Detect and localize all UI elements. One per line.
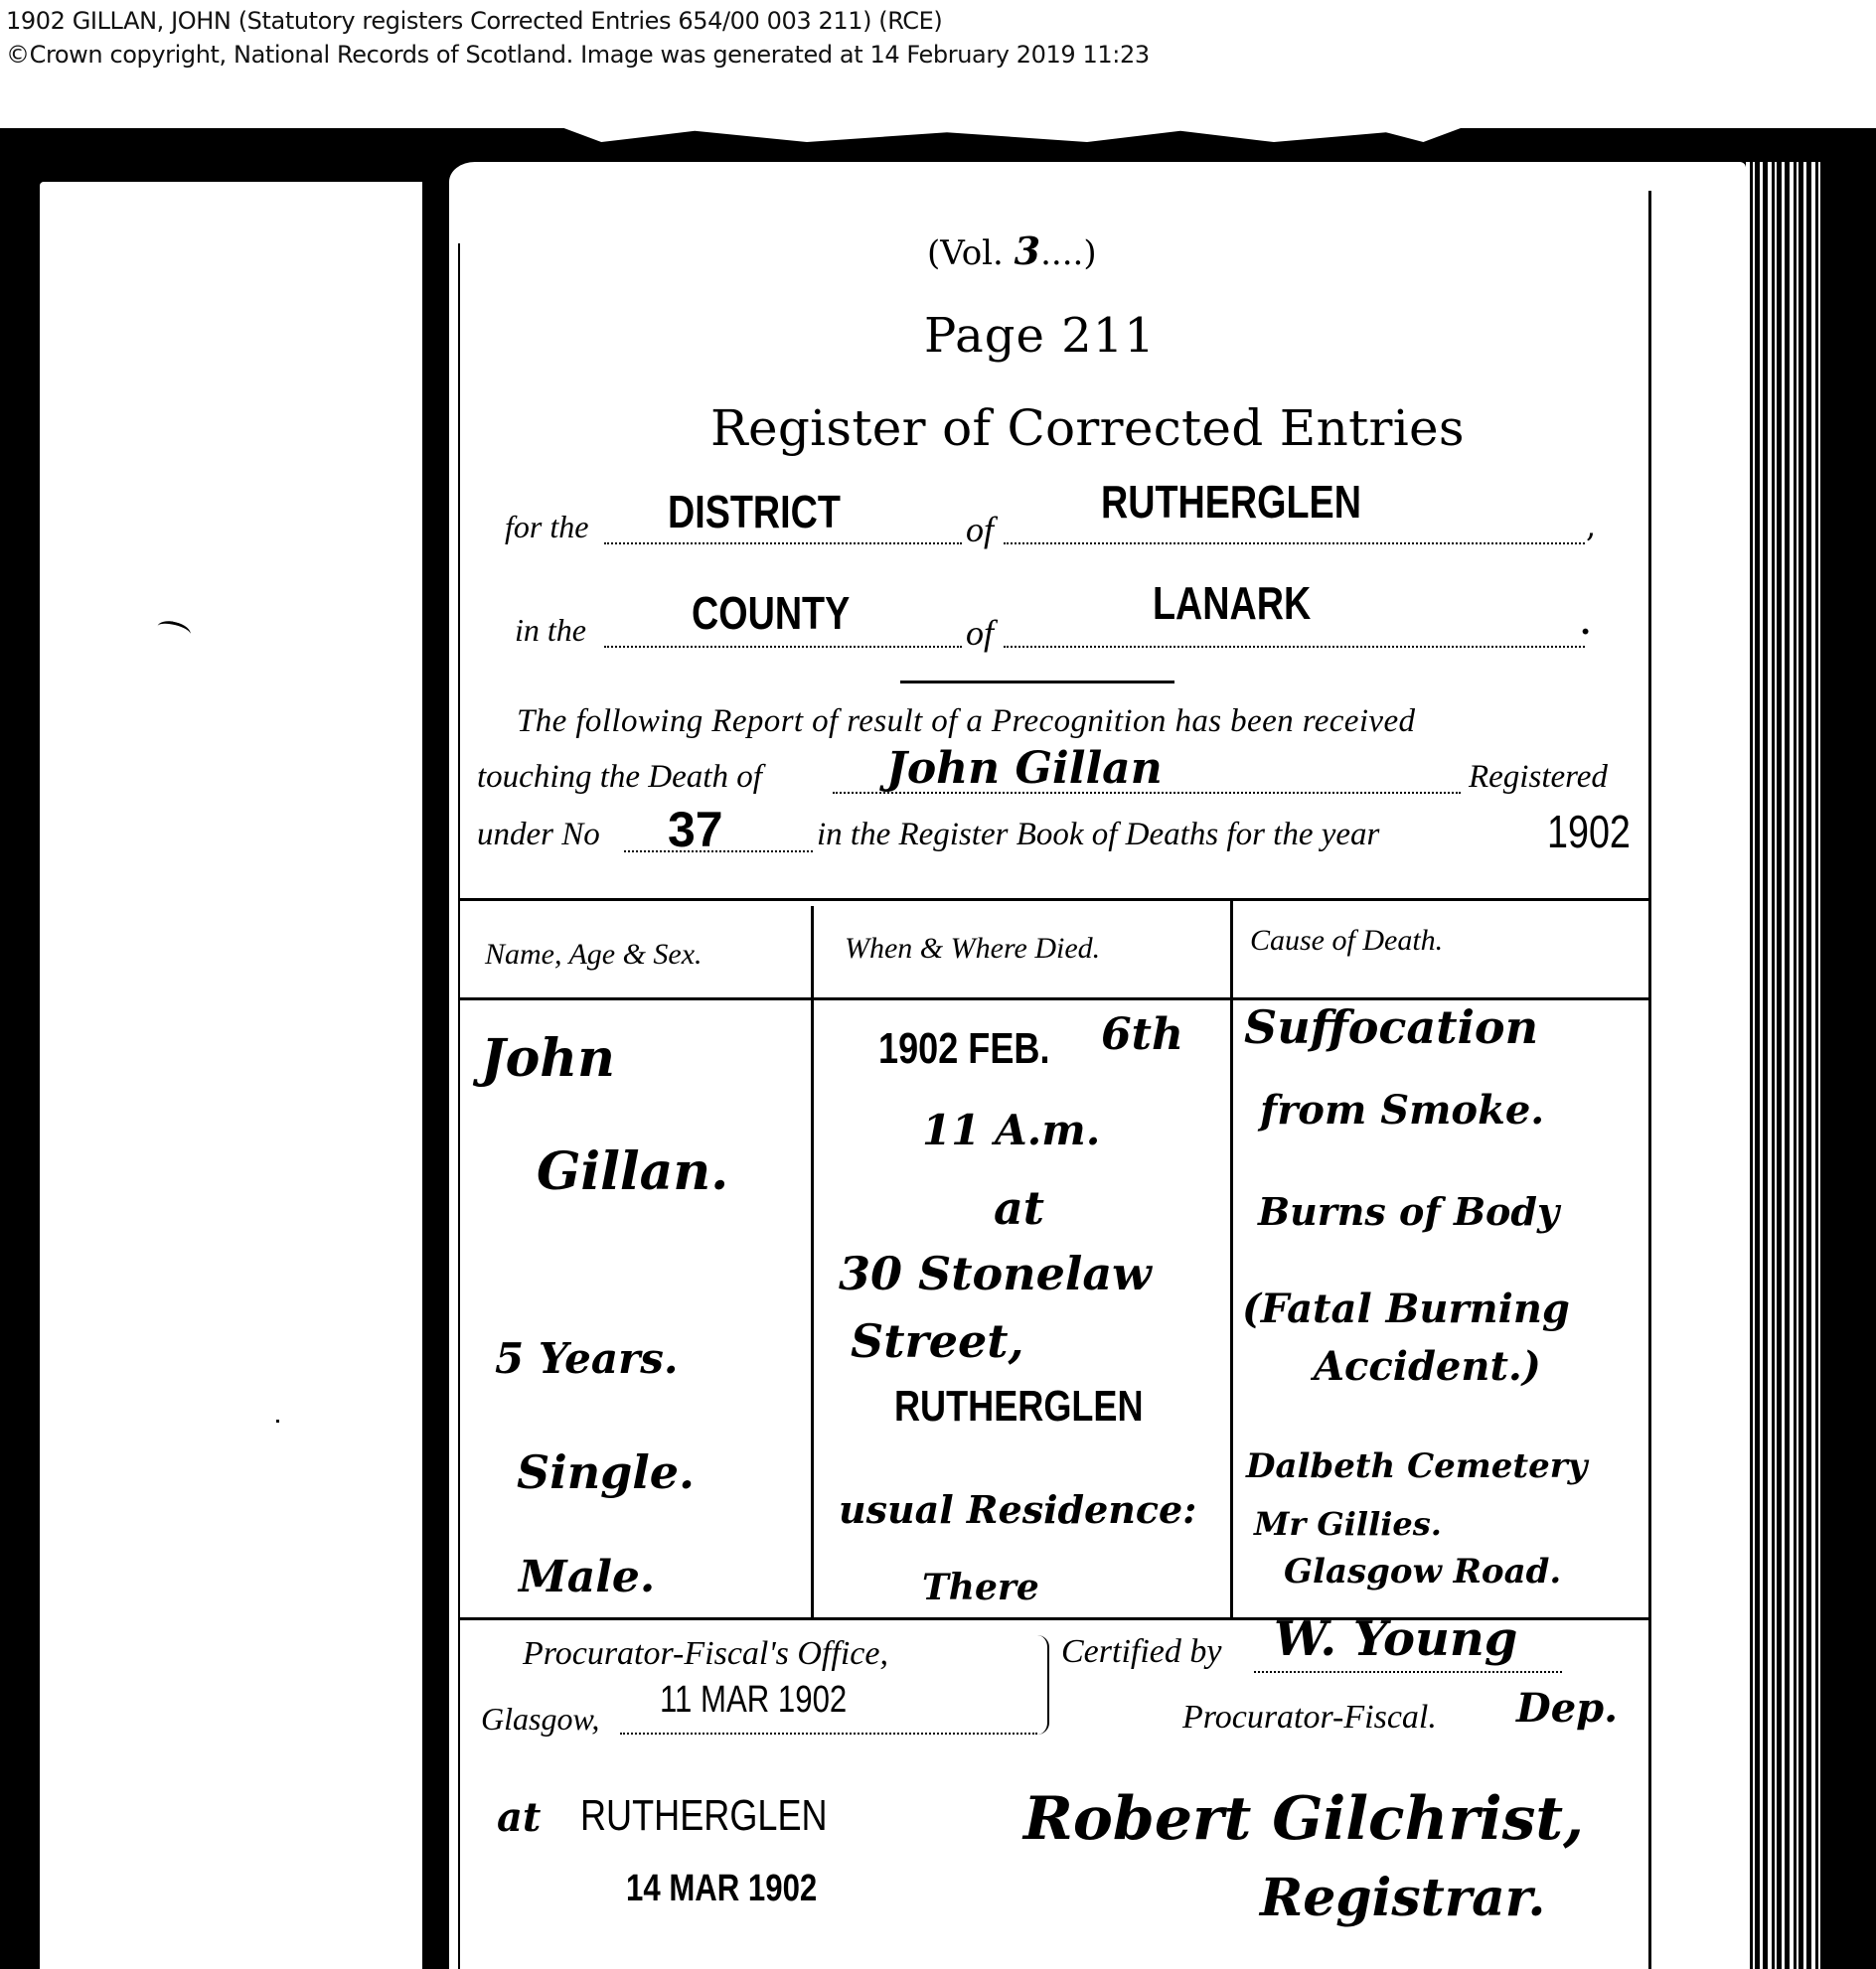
under-no-label: under No xyxy=(477,817,600,853)
usual-residence: There xyxy=(922,1568,1039,1607)
deceased-first-name: John xyxy=(481,1039,615,1079)
touching-label: touching the Death of xyxy=(477,759,762,796)
column-header-when-where: When & Where Died. xyxy=(845,932,1100,966)
bracket xyxy=(1033,1635,1049,1735)
column-header-name: Name, Age & Sex. xyxy=(485,938,703,972)
cause-line: from Smoke. xyxy=(1260,1091,1544,1131)
certified-by-signature: W. Young xyxy=(1274,1611,1517,1667)
page-number: Page 211 xyxy=(924,308,1156,364)
glasgow-label: Glasgow, xyxy=(481,1701,599,1738)
record-title: 1902 GILLAN, JOHN (Statutory registers C… xyxy=(6,6,942,36)
office-date: 11 MAR 1902 xyxy=(660,1677,888,1722)
district-name-line xyxy=(1004,542,1585,544)
cause-line: Burns of Body xyxy=(1258,1192,1559,1232)
county-type-line xyxy=(604,646,962,648)
margin-dot xyxy=(276,1420,279,1423)
death-address-line2: Street, xyxy=(851,1321,1024,1361)
at-label: at xyxy=(994,1188,1044,1228)
death-time: 11 A.m. xyxy=(922,1111,1100,1150)
office-date-line xyxy=(620,1733,1037,1735)
book-page-edges xyxy=(1746,162,1823,1969)
deceased-age: 5 Years. xyxy=(495,1339,679,1379)
district-type: DISTRICT xyxy=(668,485,878,538)
certified-by-label: Certified by xyxy=(1061,1633,1221,1671)
page-left-rule xyxy=(458,243,460,1969)
marital-status: Single. xyxy=(517,1452,695,1492)
death-date-stamp: 1902 FEB. xyxy=(878,1029,1087,1069)
county-name-line xyxy=(1004,646,1585,648)
procurator-fiscal-label: Procurator-Fiscal. xyxy=(1182,1699,1437,1737)
register-year: 1902 xyxy=(1547,805,1648,858)
fiscal-office-label: Procurator-Fiscal's Office, xyxy=(523,1635,888,1673)
county-type: COUNTY xyxy=(692,586,884,640)
registered-label: Registered xyxy=(1469,759,1608,796)
registrar-signature: Robert Gilchrist, xyxy=(1023,1784,1584,1854)
volume-label: (Vol. 3....) xyxy=(927,228,1097,273)
for-the-label: for the xyxy=(505,509,588,545)
left-blank-page xyxy=(40,182,422,1969)
report-intro: The following Report of result of a Prec… xyxy=(517,703,1415,740)
register-title: Register of Corrected Entries xyxy=(710,399,1465,457)
burial-place: Dalbeth Cemetery xyxy=(1246,1446,1587,1486)
undertaker: Mr Gillies. xyxy=(1254,1504,1442,1544)
copyright-notice: ©Crown copyright, National Records of Sc… xyxy=(6,40,1150,70)
margin-mark xyxy=(155,618,192,643)
separator-rule xyxy=(900,681,1174,683)
district-type-line xyxy=(604,542,962,544)
residence-label: usual Residence: xyxy=(839,1490,1196,1530)
deputy-abbreviation: Dep. xyxy=(1516,1685,1618,1732)
deceased-name: John Gillan xyxy=(886,743,1163,794)
deceased-surname: Gillan. xyxy=(537,1152,728,1192)
table-top-border xyxy=(460,898,1651,901)
at-label: at xyxy=(497,1794,541,1841)
cause-line: Suffocation xyxy=(1244,1007,1538,1047)
registration-place: RUTHERGLEN xyxy=(580,1790,881,1841)
deceased-sex: Male. xyxy=(519,1558,655,1597)
cause-line: (Fatal Burning xyxy=(1242,1289,1570,1329)
volume-number: 3 xyxy=(1015,228,1040,273)
table-column-divider xyxy=(1230,900,1233,1619)
certified-by-line xyxy=(1254,1671,1562,1673)
table-column-divider xyxy=(811,906,814,1619)
entry-number: 37 xyxy=(668,801,723,858)
registration-date: 14 MAR 1902 xyxy=(626,1866,859,1910)
death-address-line1: 30 Stonelaw xyxy=(839,1254,1152,1293)
in-the-label: in the xyxy=(515,612,586,649)
undertaker-address: Glasgow Road. xyxy=(1284,1552,1561,1591)
register-book-label: in the Register Book of Deaths for the y… xyxy=(817,817,1379,853)
of-label: of xyxy=(966,612,994,654)
column-header-cause: Cause of Death. xyxy=(1250,924,1443,958)
death-day: 6th xyxy=(1101,1015,1183,1055)
death-town-stamp: RUTHERGLEN xyxy=(894,1387,1198,1427)
cause-line: Accident.) xyxy=(1314,1347,1541,1387)
county-name: LANARK xyxy=(1153,576,1345,630)
registrar-title: Registrar. xyxy=(1260,1868,1546,1928)
page-right-rule xyxy=(1648,191,1651,1969)
of-label: of xyxy=(966,509,994,550)
district-name: RUTHERGLEN xyxy=(1101,475,1418,529)
